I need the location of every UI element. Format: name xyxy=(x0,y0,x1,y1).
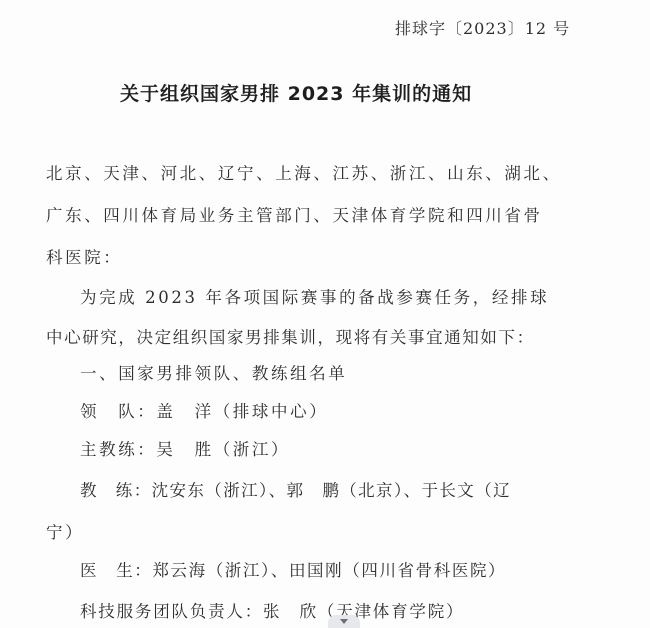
doctors-line: 医 生：郑云海（浙江）、田国刚（四川省骨科医院） xyxy=(80,557,506,581)
recipients-line-3: 科医院： xyxy=(46,244,122,268)
section-1-heading: 一、国家男排领队、教练组名单 xyxy=(80,360,347,384)
coaches-line-2: 宁） xyxy=(46,519,84,543)
recipients-line-2: 广东、四川体育局业务主管部门、天津体育学院和四川省骨 xyxy=(46,202,543,226)
chevron-down-icon xyxy=(340,619,348,624)
document-title: 关于组织国家男排 2023 年集训的通知 xyxy=(120,79,472,106)
document-page: 排球字〔2023〕12 号 关于组织国家男排 2023 年集训的通知 北京、天津… xyxy=(0,0,650,628)
intro-line-1: 为完成 2023 年各项国际赛事的备战参赛任务，经排球 xyxy=(80,284,549,308)
tech-lead-line: 科技服务团队负责人：张 欣（天津体育学院） xyxy=(80,598,464,622)
team-leader-line: 领 队：盖 洋（排球中心） xyxy=(80,398,328,422)
recipients-line-1: 北京、天津、河北、辽宁、上海、江苏、浙江、山东、湖北、 xyxy=(46,160,562,184)
head-coach-line: 主教练：吴 胜（浙江） xyxy=(80,436,290,460)
expand-button[interactable] xyxy=(328,615,360,628)
intro-line-2: 中心研究，决定组织国家男排集训，现将有关事宜通知如下： xyxy=(46,324,535,348)
document-number: 排球字〔2023〕12 号 xyxy=(395,16,570,39)
coaches-line-1: 教 练：沈安东（浙江）、郭 鹏（北京）、于长文（辽 xyxy=(80,477,511,501)
